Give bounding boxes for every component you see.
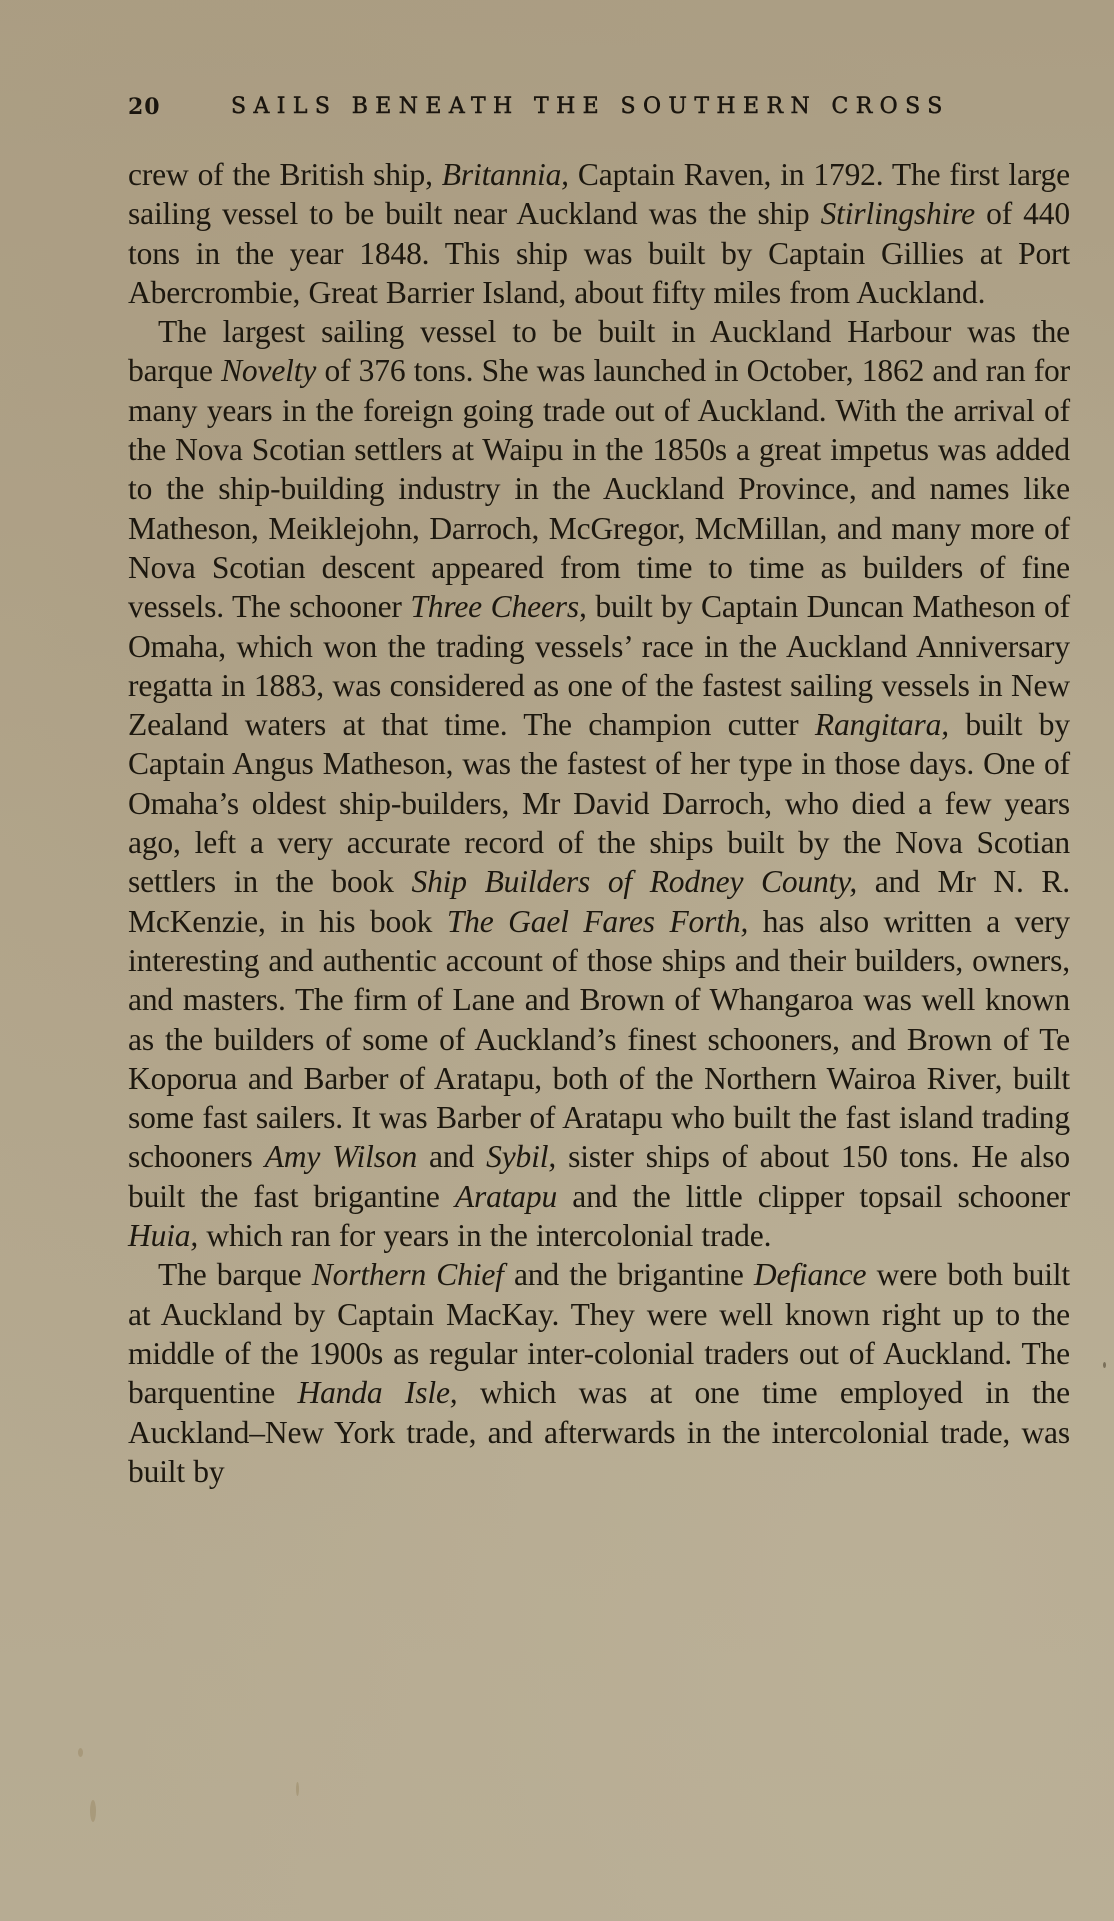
- book-page: 20 SAILS BENEATH THE SOUTHERN CROSS crew…: [0, 0, 1114, 1921]
- body-text: crew of the British ship, Britannia, Cap…: [128, 155, 1070, 1491]
- paper-speck: [90, 1800, 96, 1822]
- italic-title-run: Handa Isle,: [297, 1375, 457, 1410]
- book-title: SAILS BENEATH THE SOUTHERN CROSS: [231, 94, 950, 119]
- italic-title-run: The Gael Fares Forth,: [447, 904, 748, 939]
- text-run: which ran for years in the intercolonial…: [198, 1218, 771, 1253]
- italic-title-run: Defiance: [754, 1257, 867, 1292]
- italic-title-run: Rangitara,: [815, 707, 949, 742]
- paper-speck: [140, 372, 143, 375]
- text-run: and: [417, 1139, 486, 1174]
- text-run: and the little clipper topsail schooner: [557, 1179, 1070, 1214]
- text-run: of 376 tons. She was launched in October…: [128, 353, 1070, 624]
- paragraph-2: The largest sailing vessel to be built i…: [128, 312, 1070, 1255]
- text-run: has also written a very interesting and …: [128, 904, 1070, 1175]
- paragraph-1: crew of the British ship, Britannia, Cap…: [128, 155, 1070, 312]
- paper-speck: [296, 1782, 299, 1796]
- italic-title-run: Northern Chief: [312, 1257, 504, 1292]
- paper-speck: [1066, 1430, 1068, 1434]
- italic-title-run: Stirlingshire: [821, 196, 975, 231]
- text-run: and the brigantine: [504, 1257, 754, 1292]
- text-run: The barque: [158, 1257, 312, 1292]
- italic-title-run: Aratapu: [455, 1179, 557, 1214]
- italic-title-run: Sybil,: [486, 1139, 556, 1174]
- italic-title-run: Novelty: [221, 353, 316, 388]
- italic-title-run: Britannia,: [442, 157, 569, 192]
- italic-title-run: Huia,: [128, 1218, 198, 1253]
- running-head: 20 SAILS BENEATH THE SOUTHERN CROSS: [128, 94, 1028, 128]
- italic-title-run: Three Cheers,: [410, 589, 586, 624]
- italic-title-run: Amy Wilson: [265, 1139, 417, 1174]
- paper-speck: [78, 1748, 83, 1757]
- page-number: 20: [128, 94, 161, 120]
- text-run: crew of the British ship,: [128, 157, 442, 192]
- paragraph-3: The barque Northern Chief and the brigan…: [128, 1255, 1070, 1491]
- italic-title-run: Ship Builders of Rodney County,: [411, 864, 857, 899]
- paper-speck: [1103, 1362, 1106, 1368]
